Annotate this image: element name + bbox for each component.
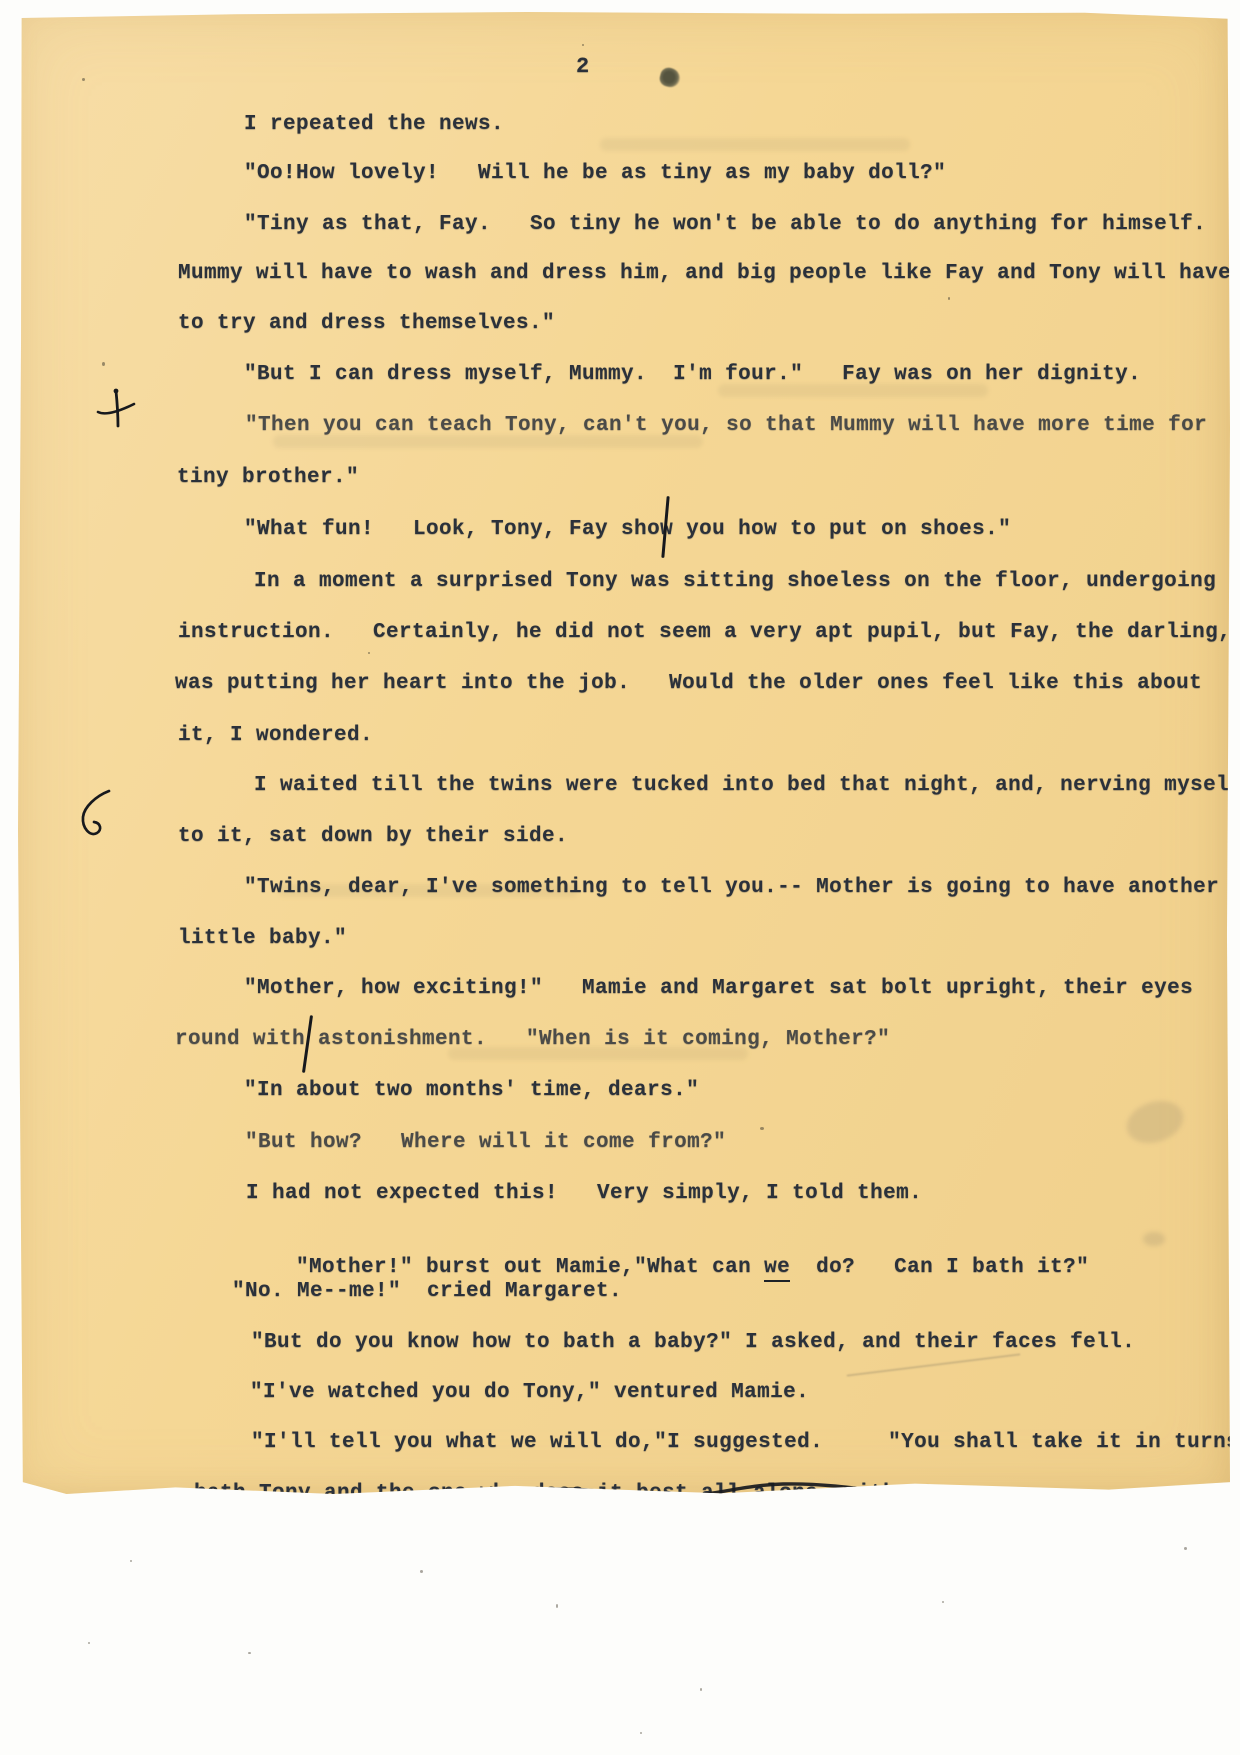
- typed-line: "Mother, how exciting!" Mamie and Margar…: [244, 977, 1193, 1001]
- paper-speck: [368, 652, 370, 654]
- typed-line: In a moment a surprised Tony was sitting…: [254, 570, 1216, 594]
- typed-line: "But I can dress myself, Mummy. I'm four…: [244, 363, 1141, 387]
- typed-line: it, I wondered.: [178, 724, 373, 748]
- background-speck: [130, 1560, 132, 1562]
- typed-line: "Tiny as that, Fay. So tiny he won't be …: [244, 213, 1206, 237]
- typed-line: "But how? Where will it come from?": [245, 1131, 726, 1155]
- background-speck: [556, 1604, 558, 1608]
- underlined-word: we: [764, 1256, 790, 1282]
- stain-smudge: [1121, 1094, 1189, 1150]
- page-number: 2: [576, 56, 589, 78]
- typed-line: "I'll tell you what we will do,"I sugges…: [251, 1431, 1230, 1455]
- paper-speck: [760, 1127, 764, 1130]
- strikethrough-pen-line: [178, 1474, 958, 1500]
- paper-speck: [102, 362, 105, 366]
- typed-line: round with astonishment. "When is it com…: [175, 1028, 890, 1052]
- background-speck: [640, 1732, 642, 1734]
- typed-line: instruction. Certainly, he did not seem …: [178, 621, 1230, 645]
- background-speck: [420, 1570, 423, 1573]
- typed-line: "No. Me--me!" cried Margaret.: [232, 1280, 622, 1304]
- typed-text: do? Can I bath it?": [790, 1256, 1089, 1279]
- typed-line: little baby.": [178, 927, 347, 951]
- ghost-impression: [600, 138, 910, 151]
- typed-line: to try and dress themselves.": [178, 312, 555, 336]
- typed-line: to it, sat down by their side.: [178, 825, 568, 849]
- margin-mark-5: [74, 786, 116, 842]
- ink-blot: [658, 66, 682, 89]
- background-speck: [1184, 1547, 1187, 1550]
- typed-line: I had not expected this! Very simply, I …: [246, 1182, 922, 1206]
- typed-line: "Then you can teach Tony, can't you, so …: [245, 414, 1207, 438]
- typed-text: "Mother!" burst out Mamie,"What can: [296, 1256, 764, 1279]
- typed-line: "I've watched you do Tony," ventured Mam…: [250, 1381, 809, 1405]
- pencil-scratch: [847, 1353, 1021, 1376]
- typed-line: "Twins, dear, I've something to tell you…: [244, 876, 1219, 900]
- typed-line: Mummy will have to wash and dress him, a…: [178, 262, 1230, 286]
- typescript-page: 2 I repeated the news. "Oo!How lovely! W…: [18, 12, 1230, 1500]
- typed-line: tiny brother.": [177, 466, 359, 490]
- paper-speck: [582, 44, 584, 46]
- background-speck: [942, 1601, 944, 1603]
- margin-mark-4: [94, 386, 138, 432]
- typed-line: "What fun! Look, Tony, Fay show you how …: [244, 518, 1011, 542]
- paper-speck: [82, 78, 85, 81]
- typed-line: I waited till the twins were tucked into…: [254, 774, 1230, 798]
- background-speck: [248, 1652, 251, 1654]
- typed-line: was putting her heart into the job. Woul…: [175, 672, 1202, 696]
- typed-line: I repeated the news.: [244, 113, 504, 137]
- background-speck: [88, 1642, 90, 1644]
- stain-smudge: [1143, 1232, 1165, 1246]
- typed-line: "But do you know how to bath a baby?" I …: [251, 1331, 1135, 1355]
- paper-speck: [948, 297, 950, 300]
- typed-line: "Oo!How lovely! Will he be as tiny as my…: [244, 162, 946, 186]
- background-speck: [700, 1688, 702, 1691]
- typed-line: "In about two months' time, dears.": [244, 1079, 699, 1103]
